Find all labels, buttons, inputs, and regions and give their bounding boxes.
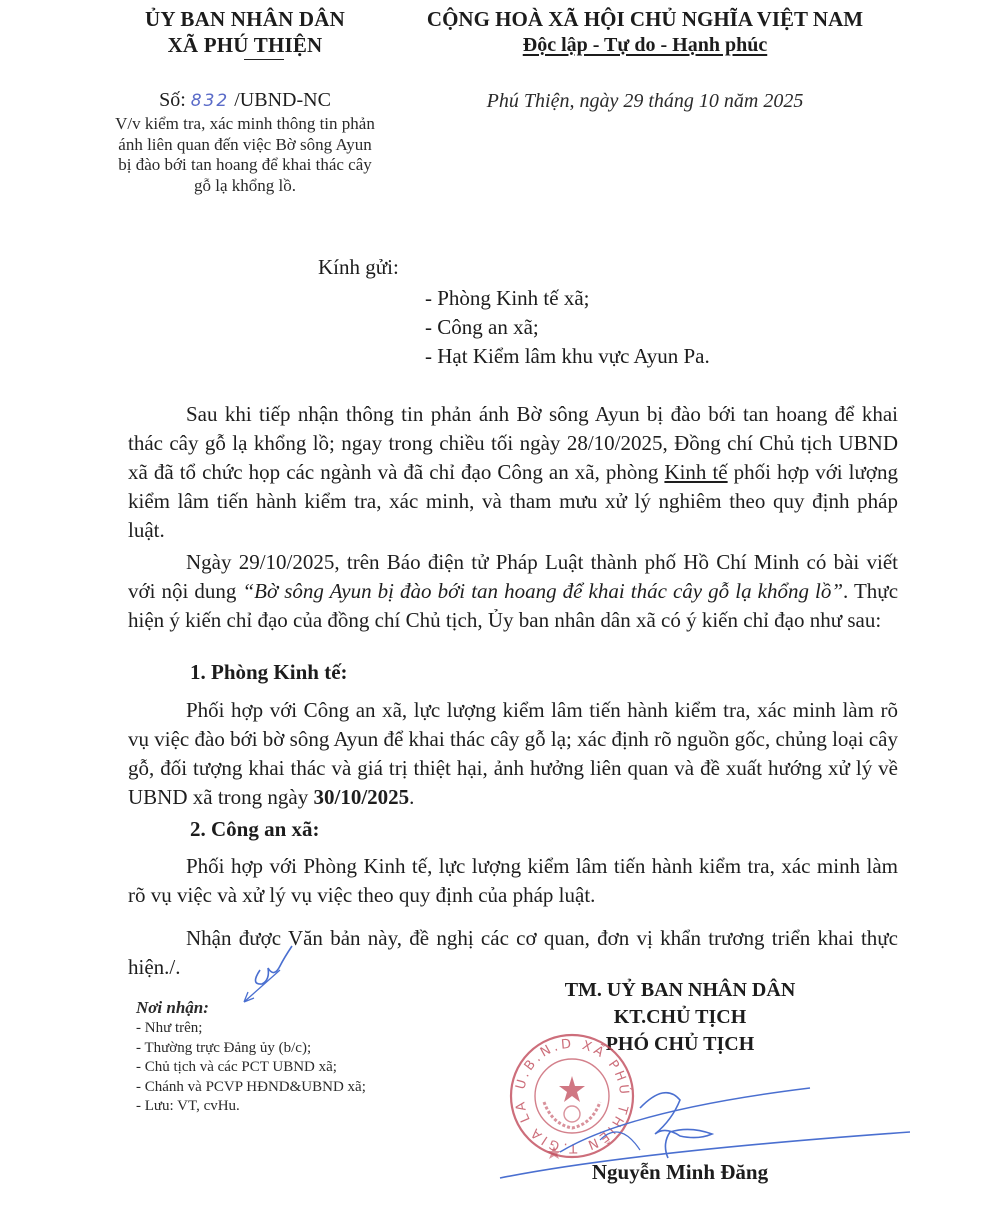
document-subject: V/v kiểm tra, xác minh thông tin phản án… bbox=[110, 114, 380, 196]
underlined-text: Kinh tế bbox=[664, 460, 727, 484]
signer-name: Nguyễn Minh Đăng bbox=[500, 1160, 860, 1185]
distribution-item: - Lưu: VT, cvHu. bbox=[136, 1097, 366, 1117]
distribution-title: Nơi nhận: bbox=[136, 997, 366, 1019]
issuing-authority: ỦY BAN NHÂN DÂN XÃ PHÚ THIỆN bbox=[110, 6, 380, 58]
body-paragraph-4: Phối hợp với Phòng Kinh tế, lực lượng ki… bbox=[128, 852, 898, 910]
distribution-item: - Như trên; bbox=[136, 1019, 366, 1039]
addressee-item: - Hạt Kiểm lâm khu vực Ayun Pa. bbox=[425, 342, 710, 371]
handwritten-number: 832 bbox=[191, 91, 229, 111]
addressee-item: - Phòng Kinh tế xã; bbox=[425, 284, 710, 313]
commune-name: XÃ PHÚ THIỆN bbox=[168, 32, 323, 58]
national-header: CỘNG HOÀ XÃ HỘI CHỦ NGHĨA VIỆT NAM Độc l… bbox=[405, 6, 885, 58]
nation-title: CỘNG HOÀ XÃ HỘI CHỦ NGHĨA VIỆT NAM bbox=[405, 6, 885, 32]
distribution-item: - Chủ tịch và các PCT UBND xã; bbox=[136, 1058, 366, 1078]
body-paragraph-2: Ngày 29/10/2025, trên Báo điện tử Pháp L… bbox=[128, 548, 898, 635]
section-heading-police: 2. Công an xã: bbox=[190, 817, 320, 842]
addressees-label: Kính gửi: bbox=[318, 255, 399, 280]
body-paragraph-3: Phối hợp với Công an xã, lực lượng kiểm … bbox=[128, 696, 898, 812]
body-paragraph-1: Sau khi tiếp nhận thông tin phản ánh Bờ … bbox=[128, 400, 898, 545]
header-rule bbox=[244, 59, 285, 61]
national-motto: Độc lập - Tự do - Hạnh phúc bbox=[405, 32, 885, 58]
distribution-list: Nơi nhận: - Như trên; - Thường trực Đảng… bbox=[136, 997, 366, 1117]
addressees-list: - Phòng Kinh tế xã; - Công an xã; - Hạt … bbox=[425, 284, 710, 371]
addressee-item: - Công an xã; bbox=[425, 313, 710, 342]
place-date: Phú Thiện, ngày 29 tháng 10 năm 2025 bbox=[405, 90, 885, 113]
authority-name: ỦY BAN NHÂN DÂN bbox=[110, 6, 380, 32]
deadline-date: 30/10/2025 bbox=[313, 785, 409, 809]
distribution-item: - Thường trực Đảng ủy (b/c); bbox=[136, 1039, 366, 1059]
document-number: Số: 832 /UBND-NC bbox=[110, 88, 380, 113]
section-heading-economy: 1. Phòng Kinh tế: bbox=[190, 660, 348, 685]
article-title-quote: “Bờ sông Ayun bị đào bới tan hoang để kh… bbox=[242, 579, 843, 603]
distribution-item: - Chánh và PCVP HĐND&UBND xã; bbox=[136, 1078, 366, 1098]
